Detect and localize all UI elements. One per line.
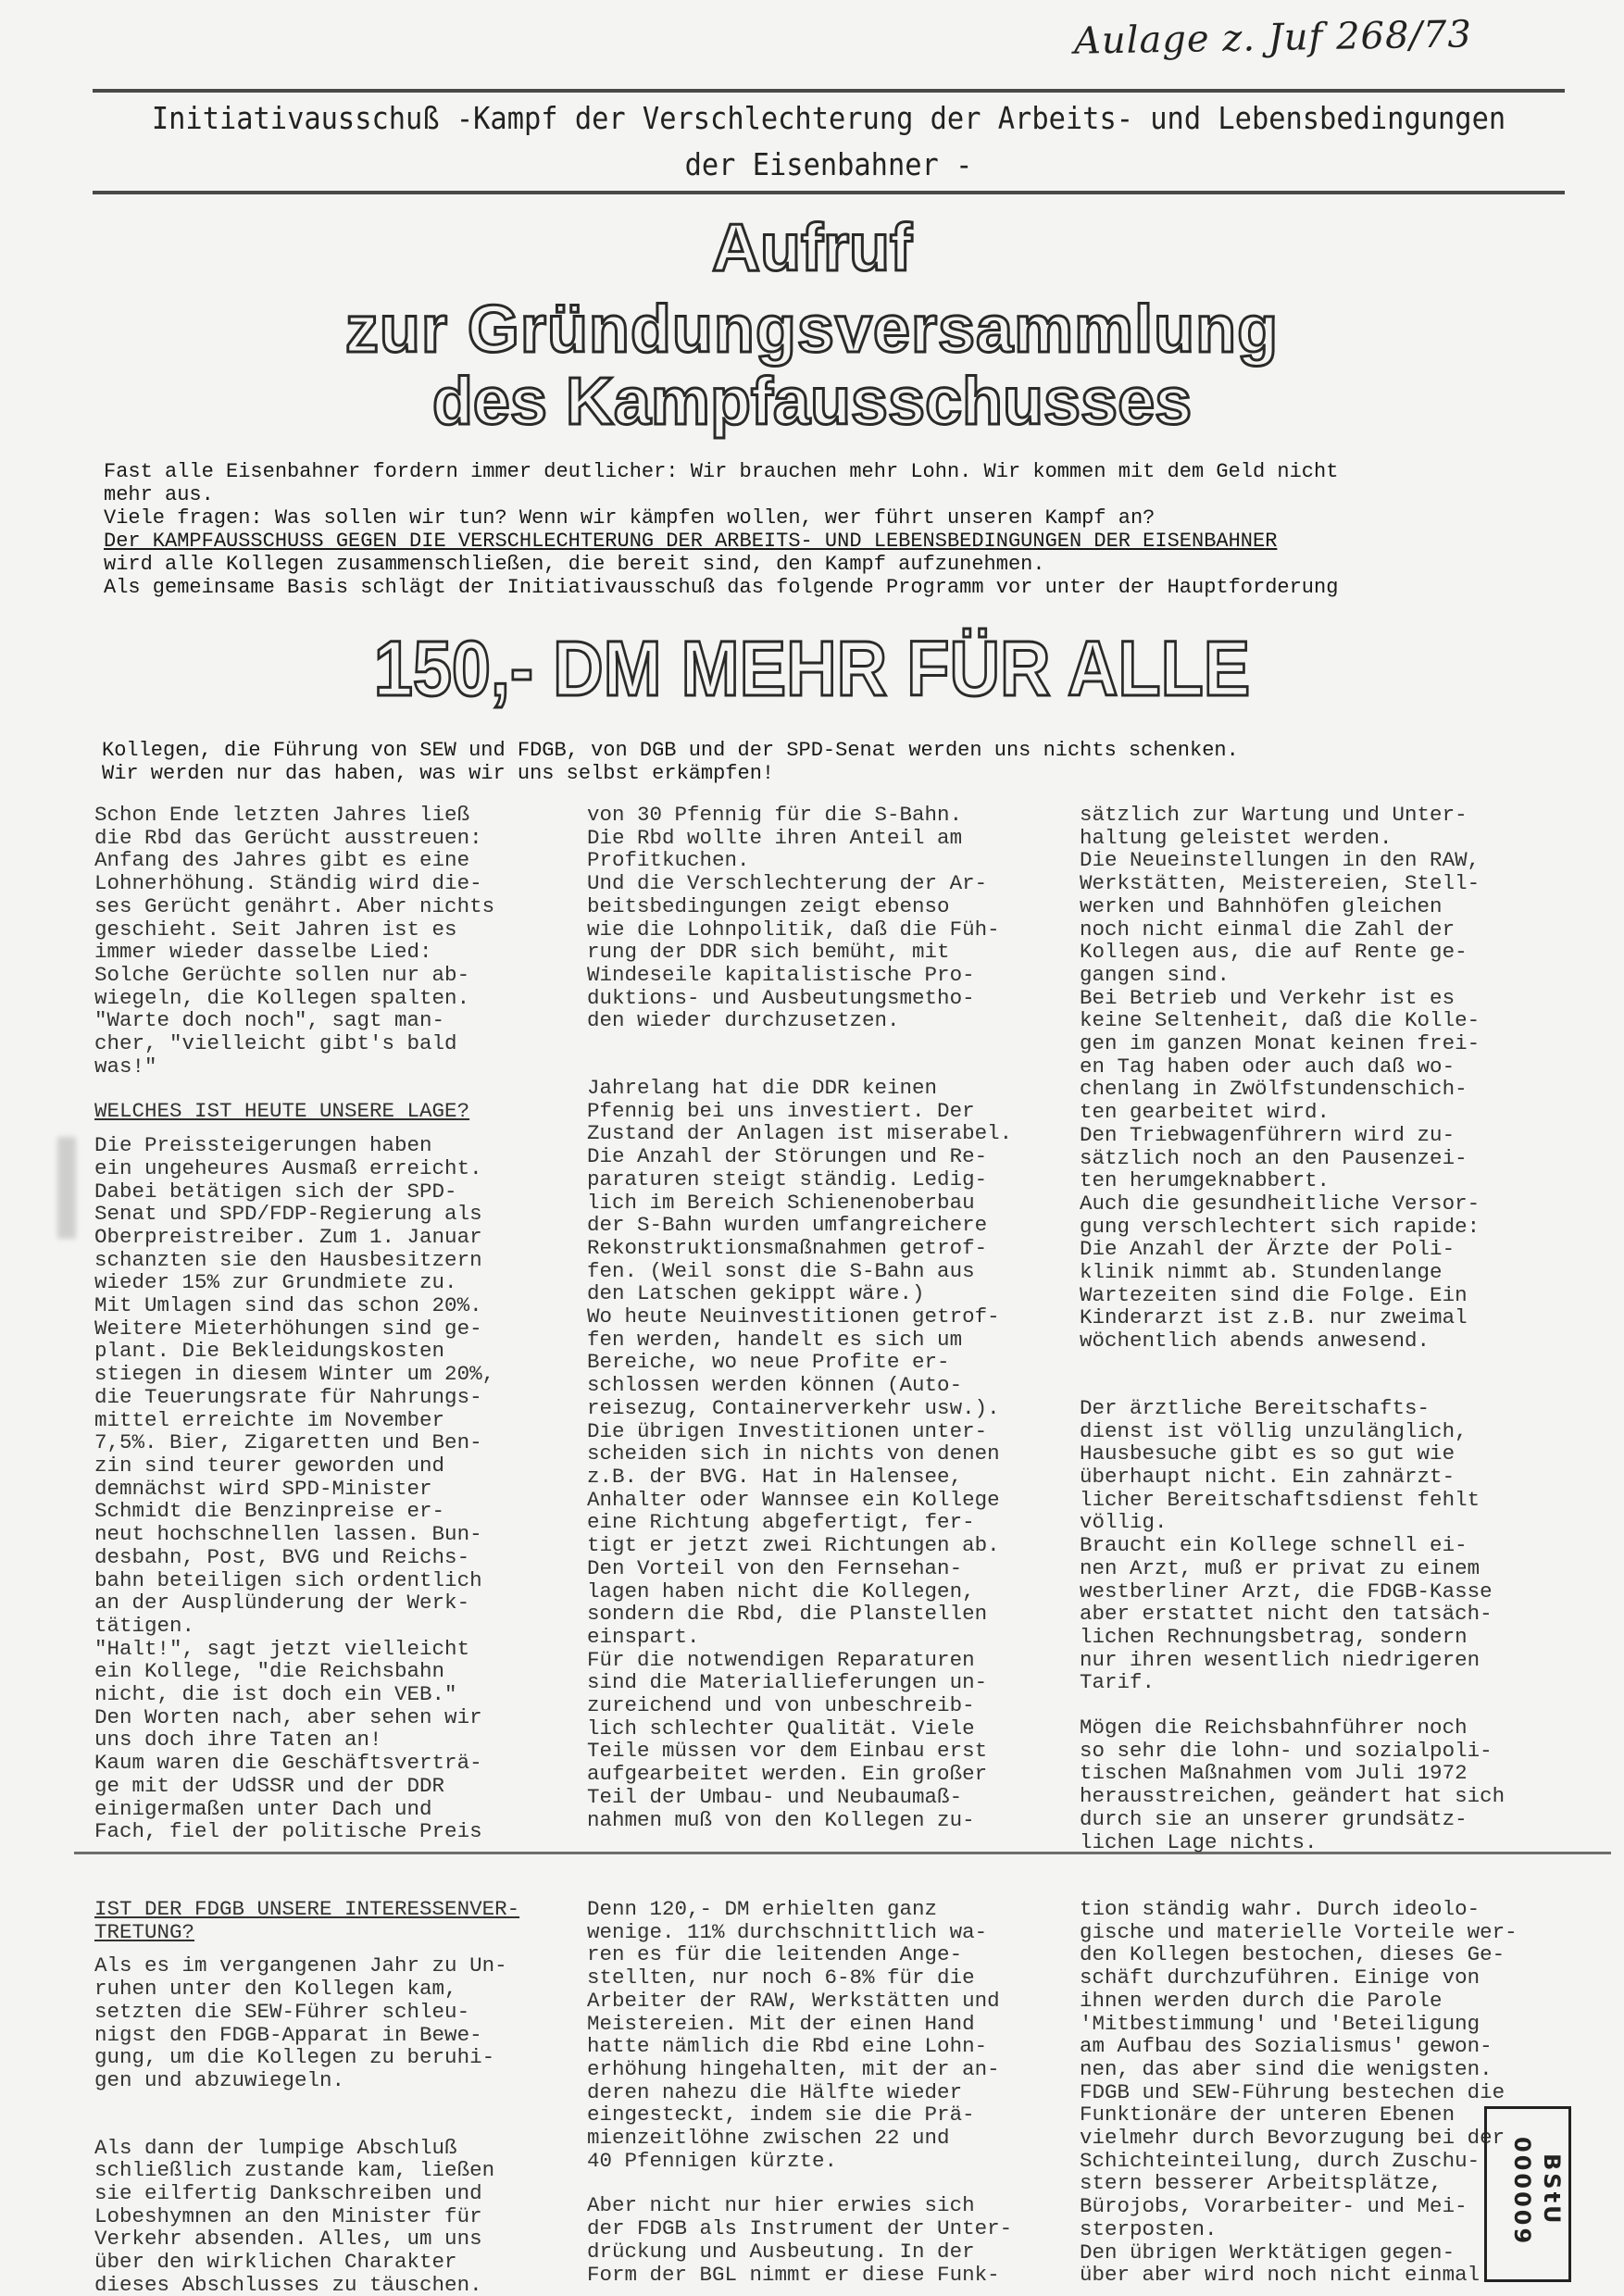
text-line: Meistereien. Mit der einen Hand bbox=[587, 2013, 1106, 2036]
text-line: dieses Abschlusses zu täuschen. bbox=[94, 2274, 613, 2296]
text-line: nen, das aber sind die wenigsten. bbox=[1080, 2058, 1598, 2081]
text-line: 'Mitbestimmung' und 'Beteiligung bbox=[1080, 2013, 1598, 2036]
text-line: Die Anzahl der Störungen und Re- bbox=[587, 1145, 1106, 1168]
top-column-1: Schon Ende letzten Jahres ließdie Rbd da… bbox=[94, 804, 613, 1843]
text-line: wenige. 11% durchschnittlich wa- bbox=[587, 1921, 1106, 1944]
lead-line: Kollegen, die Führung von SEW und FDGB, … bbox=[102, 739, 1239, 762]
text-line: eingesteckt, indem sie die Prä- bbox=[587, 2103, 1106, 2127]
text-line: schlossen werden können (Auto- bbox=[587, 1374, 1106, 1397]
text-line: Die Anzahl der Ärzte der Poli- bbox=[1080, 1238, 1598, 1261]
text-line: Arbeiter der RAW, Werkstätten und bbox=[587, 1990, 1106, 2013]
text-line: erhöhung hingehalten, mit der an- bbox=[587, 2058, 1106, 2081]
text-line: schanzten sie den Hausbesitzern bbox=[94, 1249, 613, 1272]
text-line: Den Vorteil von den Fernsehan- bbox=[587, 1557, 1106, 1580]
text-line: ein Kollege, "die Reichsbahn bbox=[94, 1660, 613, 1683]
text-line: Kinderarzt ist z.B. nur zweimal bbox=[1080, 1306, 1598, 1329]
text-line: setzten die SEW-Führer schleu- bbox=[94, 2001, 613, 2024]
text-line: Mögen die Reichsbahnführer noch bbox=[1080, 1716, 1598, 1740]
text-line: Kaum waren die Geschäftsverträ- bbox=[94, 1752, 613, 1775]
text-line: Die Rbd wollte ihren Anteil am bbox=[587, 827, 1106, 850]
header-bottom-rule bbox=[93, 191, 1565, 194]
text-line: sondern die Rbd, die Planstellen bbox=[587, 1603, 1106, 1626]
text-line: sie eilfertig Dankschreiben und bbox=[94, 2182, 613, 2205]
stamp-organization: BStU bbox=[1539, 2153, 1565, 2227]
intro-line: Viele fragen: Was sollen wir tun? Wenn w… bbox=[104, 506, 1548, 530]
text-line: z.B. der BVG. Hat in Halensee, bbox=[587, 1466, 1106, 1489]
text-line: zureichend und von unbeschreib- bbox=[587, 1694, 1106, 1717]
text-line: ses Gerücht genährt. Aber nichts bbox=[94, 895, 613, 918]
intro-line: Fast alle Eisenbahner fordern immer deut… bbox=[104, 460, 1548, 483]
text-line: geschieht. Seit Jahren ist es bbox=[94, 918, 613, 942]
text-line: sätzlich noch an den Pausenzei- bbox=[1080, 1147, 1598, 1170]
text-line: ein ungeheures Ausmaß erreicht. bbox=[94, 1157, 613, 1180]
paragraph-gap bbox=[1080, 1375, 1598, 1397]
text-line: Den Worten nach, aber sehen wir bbox=[94, 1706, 613, 1729]
text-line: herausstreichen, geändert hat sich bbox=[1080, 1785, 1598, 1808]
text-line: Hausbesuche gibt es so gut wie bbox=[1080, 1442, 1598, 1466]
text-line: über den wirklichen Charakter bbox=[94, 2251, 613, 2274]
text-line: Die Neueinstellungen in den RAW, bbox=[1080, 849, 1598, 872]
text-line: Dabei betätigen sich der SPD- bbox=[94, 1180, 613, 1204]
text-line: fen. (Weil sonst die S-Bahn aus bbox=[587, 1260, 1106, 1283]
text-line: 40 Pfennigen kürzte. bbox=[587, 2150, 1106, 2173]
paragraph-gap bbox=[1080, 1353, 1598, 1375]
text-line: Rekonstruktionsmaßnahmen getrof- bbox=[587, 1237, 1106, 1260]
text-line: Als dann der lumpige Abschluß bbox=[94, 2137, 613, 2160]
text-line: lichen Rechnungsbetrag, sondern bbox=[1080, 1626, 1598, 1649]
text-line: tigt er jetzt zwei Richtungen ab. bbox=[587, 1534, 1106, 1557]
text-line: Als es im vergangenen Jahr zu Un- bbox=[94, 1954, 613, 1978]
text-line: "Warte doch noch", sagt man- bbox=[94, 1009, 613, 1032]
text-line: lichen Lage nichts. bbox=[1080, 1831, 1598, 1854]
text-line: Braucht ein Kollege schnell ei- bbox=[1080, 1534, 1598, 1557]
text-line: Weitere Mieterhöhungen sind ge- bbox=[94, 1317, 613, 1341]
text-line: Form der BGL nimmt er diese Funk- bbox=[587, 2264, 1106, 2287]
text-line: Senat und SPD/FDP-Regierung als bbox=[94, 1203, 613, 1226]
text-line: werken und Bahnhöfen gleichen bbox=[1080, 895, 1598, 918]
text-line: ruhen unter den Kollegen kam, bbox=[94, 1978, 613, 2001]
text-line: Windeseile kapitalistische Pro- bbox=[587, 964, 1106, 987]
text-line: keine Seltenheit, daß die Kolle- bbox=[1080, 1009, 1598, 1032]
scan-smudge bbox=[57, 1137, 76, 1239]
text-line: Mit Umlagen sind das schon 20%. bbox=[94, 1294, 613, 1317]
text-line: mienzeitlöhne zwischen 22 und bbox=[587, 2127, 1106, 2150]
text-line: cher, "vielleicht gibt's bald bbox=[94, 1032, 613, 1055]
text-line: Pfennig bei uns investiert. Der bbox=[587, 1100, 1106, 1123]
text-line: nigst den FDGB-Apparat in Bewe- bbox=[94, 2024, 613, 2047]
text-line: Jahrelang hat die DDR keinen bbox=[587, 1077, 1106, 1100]
text-line: den Latschen gekippt wäre.) bbox=[587, 1282, 1106, 1305]
text-line: Denn 120,- DM erhielten ganz bbox=[587, 1898, 1106, 1921]
text-line: gung, um die Kollegen zu beruhi- bbox=[94, 2046, 613, 2069]
text-line: Die übrigen Investitionen unter- bbox=[587, 1420, 1106, 1443]
text-line: ge mit der UdSSR und der DDR bbox=[94, 1775, 613, 1798]
text-line: gische und materielle Vorteile wer- bbox=[1080, 1921, 1598, 1944]
header-line-2: der Eisenbahner - bbox=[152, 146, 1506, 182]
text-line: fen werden, handelt es sich um bbox=[587, 1329, 1106, 1352]
text-line: Oberpreistreiber. Zum 1. Januar bbox=[94, 1226, 613, 1249]
top-column-3: sätzlich zur Wartung und Unter-haltung g… bbox=[1080, 804, 1598, 1853]
header-line-1: Initiativausschuß -Kampf der Verschlecht… bbox=[152, 100, 1506, 136]
text-line: Den Triebwagenführern wird zu- bbox=[1080, 1124, 1598, 1147]
text-line: aufgearbeitet werden. Ein großer bbox=[587, 1763, 1106, 1786]
text-line: durch sie an unserer grundsätz- bbox=[1080, 1808, 1598, 1831]
text-line: westberliner Arzt, die FDGB-Kasse bbox=[1080, 1580, 1598, 1603]
title-line-3: des Kampfausschusses bbox=[0, 368, 1624, 435]
text-line: Anfang des Jahres gibt es eine bbox=[94, 849, 613, 872]
text-line: plant. Die Bekleidungskosten bbox=[94, 1340, 613, 1363]
lead-paragraph: Kollegen, die Führung von SEW und FDGB, … bbox=[102, 739, 1239, 785]
text-line: stiegen in diesem Winter um 20%, bbox=[94, 1363, 613, 1386]
text-line: mittel erreichte im November bbox=[94, 1409, 613, 1432]
slogan-headline: 150,- DM MEHR FÜR ALLE bbox=[81, 630, 1543, 707]
text-line: Zustand der Anlagen ist miserabel. bbox=[587, 1122, 1106, 1145]
text-line: chenlang in Zwölfstundenschich- bbox=[1080, 1078, 1598, 1101]
text-line: nicht, die ist doch ein VEB." bbox=[94, 1683, 613, 1706]
text-line: völlig. bbox=[1080, 1511, 1598, 1534]
text-line: licher Bereitschaftsdienst fehlt bbox=[1080, 1489, 1598, 1512]
stamp-number: 000009 bbox=[1509, 2137, 1535, 2246]
text-line: stellten, nur noch 6-8% für die bbox=[587, 1966, 1106, 1990]
section-heading: WELCHES IST HEUTE UNSERE LAGE? bbox=[94, 1100, 613, 1123]
text-line: den wieder durchzusetzen. bbox=[587, 1009, 1106, 1032]
text-line: schäft durchzuführen. Einige von bbox=[1080, 1966, 1598, 1990]
text-line: paraturen steigt ständig. Ledig- bbox=[587, 1168, 1106, 1192]
intro-line: Als gemeinsame Basis schlägt der Initiat… bbox=[104, 576, 1548, 599]
text-line: lich schlechter Qualität. Viele bbox=[587, 1717, 1106, 1741]
text-line: nen Arzt, muß er privat zu einem bbox=[1080, 1557, 1598, 1580]
text-line: scheiden sich in nichts von denen bbox=[587, 1442, 1106, 1466]
text-line: noch nicht einmal die Zahl der bbox=[1080, 918, 1598, 942]
paragraph-gap bbox=[587, 1054, 1106, 1077]
top-column-2: von 30 Pfennig für die S-Bahn.Die Rbd wo… bbox=[587, 804, 1106, 1831]
text-line: haltung geleistet werden. bbox=[1080, 827, 1598, 850]
paragraph-gap bbox=[94, 1078, 613, 1100]
section-divider bbox=[74, 1852, 1611, 1854]
text-line: Lobeshymnen an den Minister für bbox=[94, 2205, 613, 2228]
paragraph-gap bbox=[587, 2172, 1106, 2194]
text-line: nahmen muß von den Kollegen zu- bbox=[587, 1809, 1106, 1832]
paragraph-gap bbox=[587, 1032, 1106, 1054]
text-line: beitsbedingungen zeigt ebenso bbox=[587, 895, 1106, 918]
text-line: einigermaßen unter Dach und bbox=[94, 1798, 613, 1821]
text-line: 7,5%. Bier, Zigaretten und Ben- bbox=[94, 1431, 613, 1454]
text-line: tätigen. bbox=[94, 1615, 613, 1638]
text-line: tischen Maßnahmen vom Juli 1972 bbox=[1080, 1762, 1598, 1785]
text-line: en Tag haben oder auch daß wo- bbox=[1080, 1055, 1598, 1079]
text-line: uns doch ihre Taten an! bbox=[94, 1728, 613, 1752]
header-top-rule bbox=[93, 89, 1565, 93]
text-line: Teil der Umbau- und Neubaumaß- bbox=[587, 1786, 1106, 1809]
text-line: Auch die gesundheitliche Versor- bbox=[1080, 1192, 1598, 1216]
text-line: gen im ganzen Monat keinen frei- bbox=[1080, 1032, 1598, 1055]
text-line: duktions- und Ausbeutungsmetho- bbox=[587, 987, 1106, 1010]
paragraph-gap bbox=[1080, 1694, 1598, 1716]
text-line: reisezug, Containerverkehr usw.). bbox=[587, 1397, 1106, 1420]
text-line: demnächst wird SPD-Minister bbox=[94, 1478, 613, 1501]
text-line: desbahn, Post, BVG und Reichs- bbox=[94, 1546, 613, 1569]
text-line: wie die Lohnpolitik, daß die Füh- bbox=[587, 918, 1106, 942]
text-line: ihnen werden durch die Parole bbox=[1080, 1990, 1598, 2013]
text-line: Für die notwendigen Reparaturen bbox=[587, 1649, 1106, 1672]
section-heading: TRETUNG? bbox=[94, 1921, 613, 1944]
text-line: Solche Gerüchte sollen nur ab- bbox=[94, 964, 613, 987]
text-line: gangen sind. bbox=[1080, 964, 1598, 987]
text-line: Werkstätten, Meistereien, Stell- bbox=[1080, 872, 1598, 895]
text-line: Lohnerhöhung. Ständig wird die- bbox=[94, 872, 613, 895]
text-line: Aber nicht nur hier erwies sich bbox=[587, 2194, 1106, 2217]
text-line: neut hochschnellen lassen. Bun- bbox=[94, 1523, 613, 1546]
intro-line-underlined: Der KAMPFAUSSCHUSS GEGEN DIE VERSCHLECHT… bbox=[104, 530, 1548, 553]
text-line: Teile müssen vor dem Einbau erst bbox=[587, 1740, 1106, 1763]
text-line: wieder 15% zur Grundmiete zu. bbox=[94, 1271, 613, 1294]
text-line: aber erstattet nicht den tatsäch- bbox=[1080, 1603, 1598, 1626]
text-line: einspart. bbox=[587, 1626, 1106, 1649]
text-line: ren es für die leitenden Ange- bbox=[587, 1943, 1106, 1966]
text-line: dienst ist völlig unzulänglich, bbox=[1080, 1420, 1598, 1443]
text-line: gen und abzuwiegeln. bbox=[94, 2069, 613, 2092]
title-line-2: zur Gründungsversammlung bbox=[0, 296, 1624, 363]
text-line: gung verschlechtert sich rapide: bbox=[1080, 1216, 1598, 1239]
text-line: immer wieder dasselbe Lied: bbox=[94, 941, 613, 964]
text-line: ten herumgeknabbert. bbox=[1080, 1169, 1598, 1192]
text-line: deren nahezu die Hälfte wieder bbox=[587, 2081, 1106, 2104]
text-line: lich im Bereich Schienenoberbau bbox=[587, 1192, 1106, 1215]
section-heading: IST DER FDGB UNSERE INTERESSENVER- bbox=[94, 1898, 613, 1921]
text-line: der S-Bahn wurden umfangreichere bbox=[587, 1214, 1106, 1237]
text-line: lagen haben nicht die Kollegen, bbox=[587, 1580, 1106, 1603]
text-line: wöchentlich abends anwesend. bbox=[1080, 1329, 1598, 1353]
text-line: Tarif. bbox=[1080, 1671, 1598, 1694]
text-line: nur ihren wesentlich niedrigeren bbox=[1080, 1649, 1598, 1672]
text-line: die Rbd das Gerücht ausstreuen: bbox=[94, 827, 613, 850]
intro-line: wird alle Kollegen zusammenschließen, di… bbox=[104, 553, 1548, 576]
text-line: sind die Materiallieferungen un- bbox=[587, 1671, 1106, 1694]
text-line: die Teuerungsrate für Nahrungs- bbox=[94, 1386, 613, 1409]
text-line: schließlich zustande kam, ließen bbox=[94, 2159, 613, 2182]
text-line: Wo heute Neuinvestitionen getrof- bbox=[587, 1305, 1106, 1329]
text-line: Und die Verschlechterung der Ar- bbox=[587, 872, 1106, 895]
text-line: Profitkuchen. bbox=[587, 849, 1106, 872]
text-line: zin sind teurer geworden und bbox=[94, 1454, 613, 1478]
intro-line: mehr aus. bbox=[104, 483, 1548, 506]
text-line: hatte nämlich die Rbd eine Lohn- bbox=[587, 2035, 1106, 2058]
text-line: Wartezeiten sind die Folge. Ein bbox=[1080, 1284, 1598, 1307]
text-line: sätzlich zur Wartung und Unter- bbox=[1080, 804, 1598, 827]
archive-stamp: 000009 BStU bbox=[1484, 2106, 1571, 2282]
text-line: den Kollegen bestochen, dieses Ge- bbox=[1080, 1943, 1598, 1966]
bottom-column-1: IST DER FDGB UNSERE INTERESSENVER-TRETUN… bbox=[94, 1898, 613, 2296]
text-line: überhaupt nicht. Ein zahnärzt- bbox=[1080, 1466, 1598, 1489]
text-line: Der ärztliche Bereitschafts- bbox=[1080, 1397, 1598, 1420]
text-line: wiegeln, die Kollegen spalten. bbox=[94, 987, 613, 1010]
text-line: FDGB und SEW-Führung bestechen die bbox=[1080, 2081, 1598, 2104]
paragraph-gap bbox=[94, 2115, 613, 2137]
text-line: am Aufbau des Sozialismus' gewon- bbox=[1080, 2035, 1598, 2058]
text-line: tion ständig wahr. Durch ideolo- bbox=[1080, 1898, 1598, 1921]
intro-paragraph: Fast alle Eisenbahner fordern immer deut… bbox=[104, 460, 1548, 599]
text-line: Anhalter oder Wannsee ein Kollege bbox=[587, 1489, 1106, 1512]
lead-line: Wir werden nur das haben, was wir uns se… bbox=[102, 762, 1239, 785]
text-line: Kollegen aus, die auf Rente ge- bbox=[1080, 941, 1598, 964]
text-line: Verkehr absenden. Alles, um uns bbox=[94, 2227, 613, 2251]
text-line: von 30 Pfennig für die S-Bahn. bbox=[587, 804, 1106, 827]
text-line: drückung und Ausbeutung. In der bbox=[587, 2240, 1106, 2264]
text-line: rung der DDR sich bemüht, mit bbox=[587, 941, 1106, 964]
text-line: was!" bbox=[94, 1055, 613, 1079]
text-line: klinik nimmt ab. Stundenlange bbox=[1080, 1261, 1598, 1284]
text-line: "Halt!", sagt jetzt vielleicht bbox=[94, 1638, 613, 1661]
text-line: eine Richtung abgefertigt, fer- bbox=[587, 1511, 1106, 1534]
text-line: Die Preissteigerungen haben bbox=[94, 1134, 613, 1157]
text-line: an der Ausplünderung der Werk- bbox=[94, 1591, 613, 1615]
text-line: bahn beteiligen sich ordentlich bbox=[94, 1569, 613, 1592]
text-line: Schmidt die Benzinpreise er- bbox=[94, 1500, 613, 1523]
text-line: der FDGB als Instrument der Unter- bbox=[587, 2217, 1106, 2240]
text-line: ten gearbeitet wird. bbox=[1080, 1101, 1598, 1124]
text-line: so sehr die lohn- und sozialpoli- bbox=[1080, 1740, 1598, 1763]
text-line: Bereiche, wo neue Profite er- bbox=[587, 1351, 1106, 1374]
text-line: Fach, fiel der politische Preis bbox=[94, 1820, 613, 1843]
title-line-1: Aufruf bbox=[0, 215, 1624, 281]
text-line: Schon Ende letzten Jahres ließ bbox=[94, 804, 613, 827]
bottom-column-2: Denn 120,- DM erhielten ganzwenige. 11% … bbox=[587, 1898, 1106, 2286]
handwritten-annotation: Aulage z. Juf 268/73 bbox=[1074, 13, 1473, 62]
paragraph-gap bbox=[94, 2092, 613, 2115]
text-line: Bei Betrieb und Verkehr ist es bbox=[1080, 987, 1598, 1010]
